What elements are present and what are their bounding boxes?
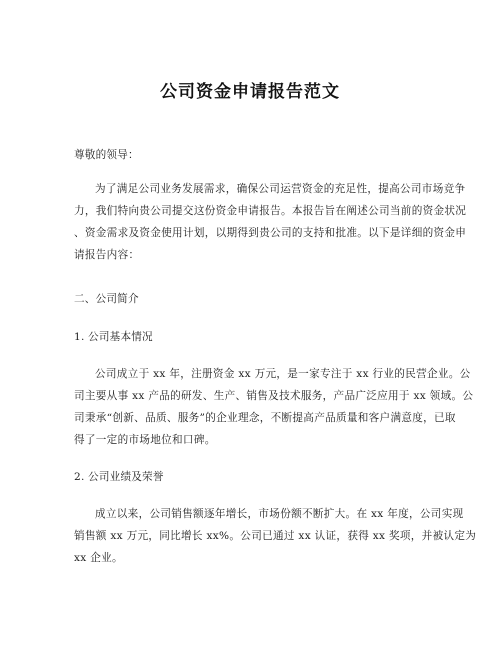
- intro-line: 力，我们特向贵公司提交这份资金申请报告。本报告旨在阐述公司当前的资金状况: [74, 200, 434, 222]
- basic-info-line: 司秉承“创新、品质、服务”的企业理念，不断提高产品质量和客户满意度，已取: [74, 407, 434, 429]
- subheading-performance-honors: 2. 公司业绩及荣誉: [74, 469, 164, 484]
- intro-line: 请报告内容：: [74, 244, 434, 266]
- intro-paragraph: 为了满足公司业务发展需求，确保公司运营资金的充足性，提高公司市场竞争 力，我们特…: [74, 178, 434, 266]
- salutation: 尊敬的领导：: [74, 147, 139, 162]
- subheading-basic-info: 1. 公司基本情况: [74, 329, 153, 344]
- performance-line: 成立以来，公司销售额逐年增长，市场份额不断扩大。在 xx 年度，公司实现: [74, 503, 434, 525]
- basic-info-line: 司主要从事 xx 产品的研发、生产、销售及技术服务，产品广泛应用于 xx 领域。…: [74, 385, 434, 407]
- intro-line: 为了满足公司业务发展需求，确保公司运营资金的充足性，提高公司市场竞争: [74, 178, 434, 200]
- intro-line: 、资金需求及资金使用计划，以期得到贵公司的支持和批准。以下是详细的资金申: [74, 222, 434, 244]
- document-title: 公司资金申请报告范文: [0, 77, 500, 102]
- performance-line: xx 企业。: [74, 547, 434, 569]
- basic-info-line: 公司成立于 xx 年，注册资金 xx 万元，是一家专注于 xx 行业的民营企业。…: [74, 363, 434, 385]
- performance-line: 销售额 xx 万元，同比增长 xx%。公司已通过 xx 认证，获得 xx 奖项，…: [74, 525, 434, 547]
- basic-info-line: 得了一定的市场地位和口碑。: [74, 429, 434, 451]
- section-heading-company-profile: 二、公司简介: [74, 291, 139, 306]
- document-page: 公司资金申请报告范文 尊敬的领导： 为了满足公司业务发展需求，确保公司运营资金的…: [0, 0, 500, 647]
- performance-paragraph: 成立以来，公司销售额逐年增长，市场份额不断扩大。在 xx 年度，公司实现 销售额…: [74, 503, 434, 569]
- basic-info-paragraph: 公司成立于 xx 年，注册资金 xx 万元，是一家专注于 xx 行业的民营企业。…: [74, 363, 434, 451]
